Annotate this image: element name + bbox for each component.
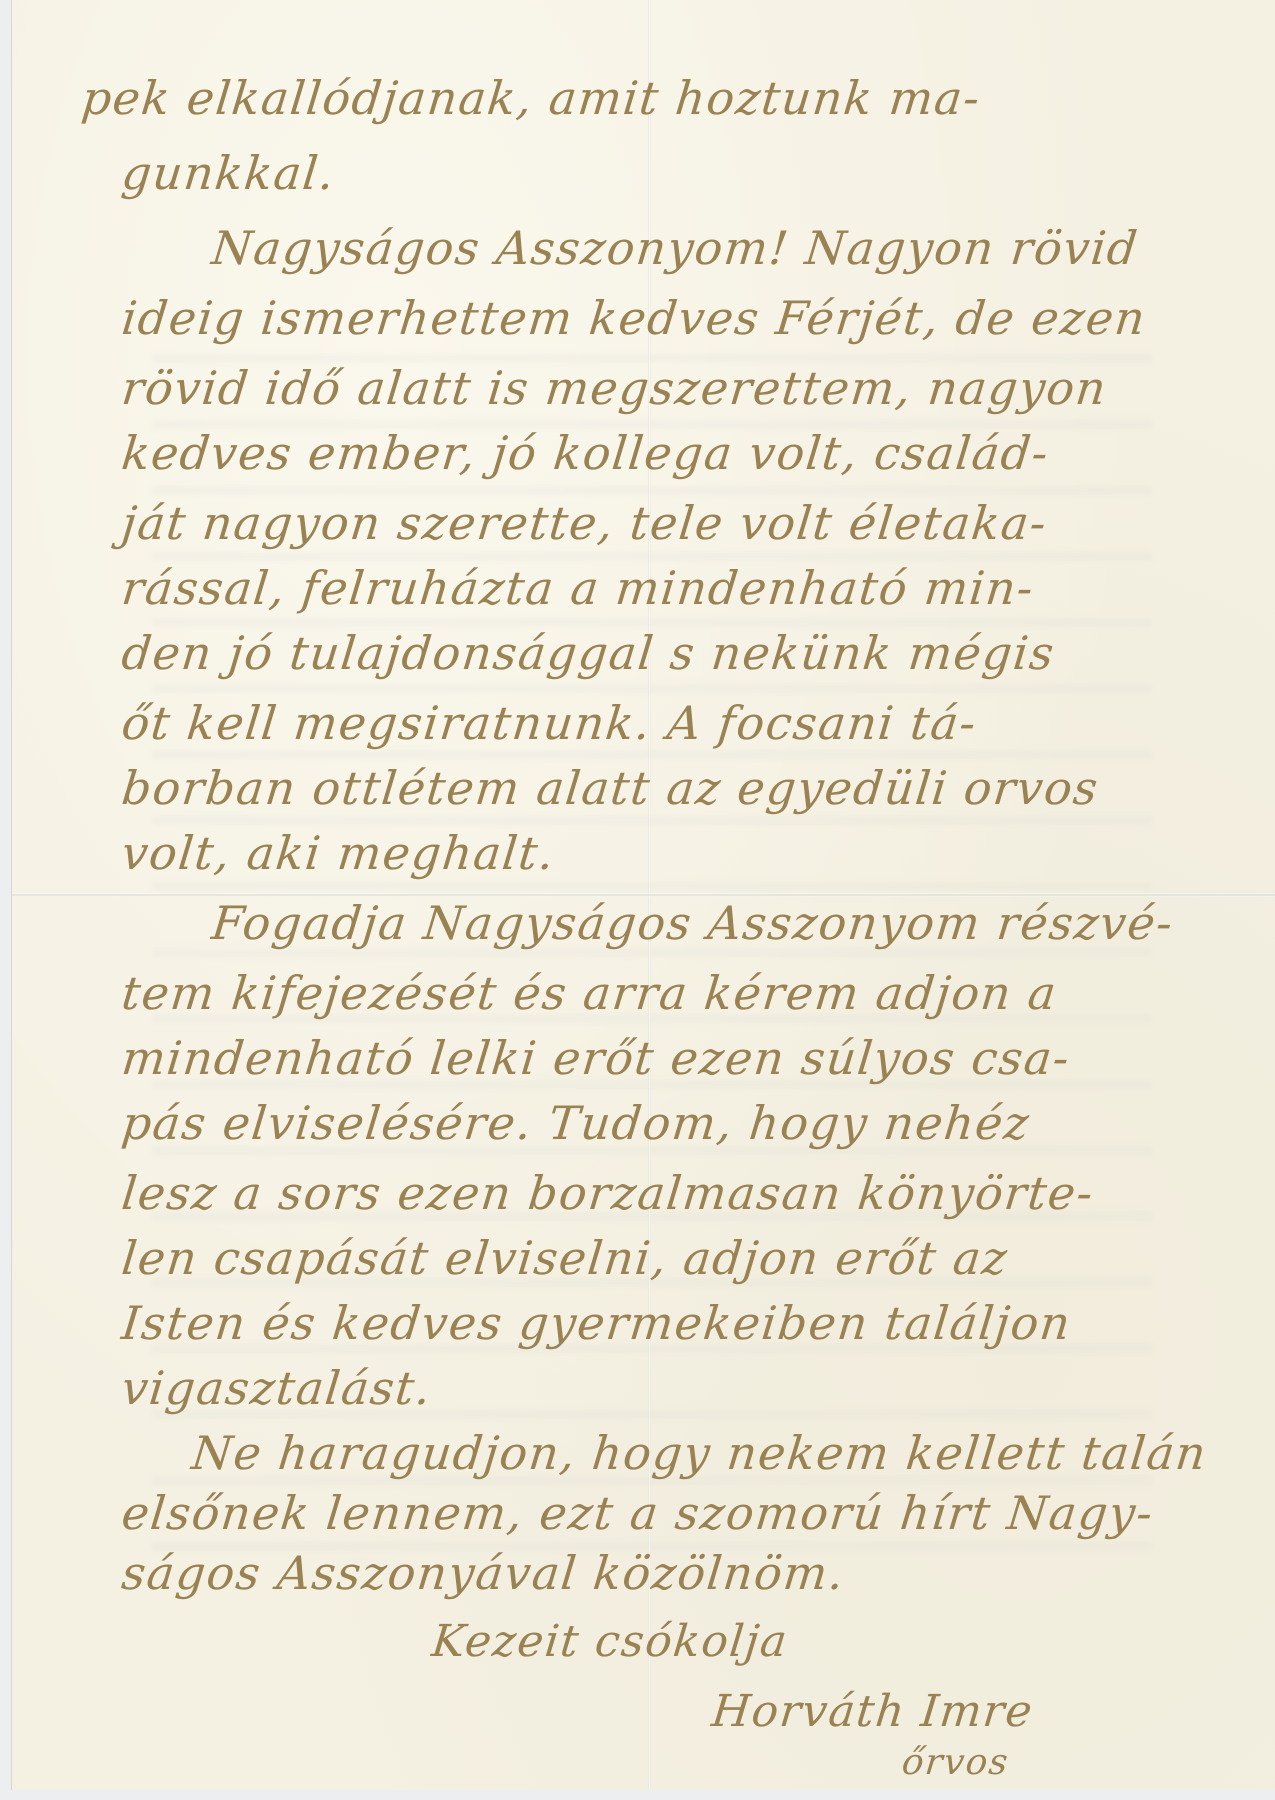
letter-page: pek elkallódjanak, amit hoztunk ma-gunkk… <box>12 0 1275 1790</box>
letter-line: Isten és kedves gyermekeiben találjon <box>120 1300 1074 1346</box>
letter-line: Nagyságos Asszonyom! Nagyon rövid <box>210 225 1141 271</box>
letter-line: pás elviselésére. Tudom, hogy nehéz <box>120 1100 1033 1146</box>
letter-line: ságos Asszonyával közölnöm. <box>120 1550 848 1596</box>
letter-line: tem kifejezését és arra kérem adjon a <box>120 970 1060 1016</box>
letter-line: ideig ismerhettem kedves Férjét, de ezen <box>120 295 1149 341</box>
letter-line: volt, aki meghalt. <box>120 830 558 876</box>
signature-title: őrvos <box>900 1745 1011 1781</box>
letter-line: vigasztalást. <box>120 1365 435 1411</box>
letter-line: gunkkal. <box>120 150 338 196</box>
letter-line: kedves ember, jó kollega volt, család- <box>120 430 1052 476</box>
letter-line: den jó tulajdonsággal s nekünk mégis <box>120 630 1058 676</box>
letter-line: lesz a sors ezen borzalmasan könyörte- <box>120 1170 1097 1216</box>
letter-line: borban ottlétem alatt az egyedüli orvos <box>120 765 1102 811</box>
letter-line: Fogadja Nagyságos Asszonyom részvé- <box>210 900 1176 946</box>
letter-line: Ne haragudjon, hogy nekem kellett talán <box>190 1430 1210 1476</box>
letter-line: ját nagyon szerette, tele volt életaka- <box>120 500 1050 546</box>
letter-line: rással, felruházta a mindenható min- <box>120 565 1037 611</box>
letter-line: elsőnek lennem, ezt a szomorú hírt Nagy- <box>120 1490 1156 1536</box>
letter-line: őt kell megsiratnunk. A focsani tá- <box>120 700 980 746</box>
letter-closing: Kezeit csókolja <box>430 1620 791 1664</box>
letter-line: rövid idő alatt is megszerettem, nagyon <box>120 365 1110 411</box>
letter-line: mindenható lelki erőt ezen súlyos csa- <box>120 1035 1073 1081</box>
letter-line: len csapását elviselni, adjon erőt az <box>120 1235 1011 1281</box>
letter-line: pek elkallódjanak, amit hoztunk ma- <box>80 75 983 121</box>
signature-name: Horváth Imre <box>710 1690 1036 1734</box>
